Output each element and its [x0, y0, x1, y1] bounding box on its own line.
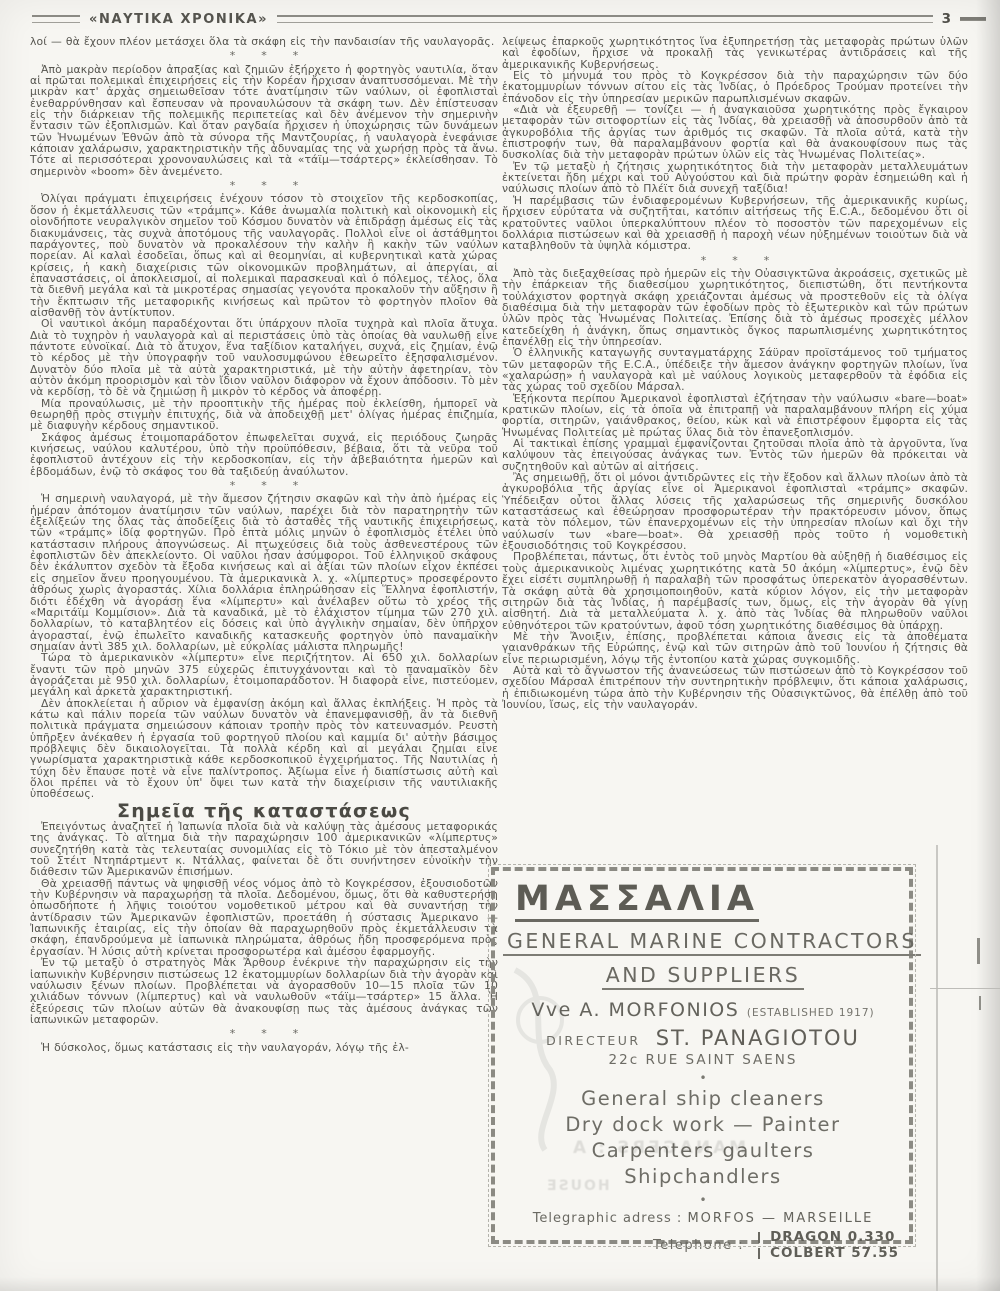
scan-artifact — [936, 845, 938, 1291]
paragraph: λείψεως ἐπαρκοῦς χωρητικότητος ἵνα ἐξυπη… — [502, 36, 968, 70]
bullet-icon: • — [503, 1193, 903, 1207]
paragraph: Ἀπὸ τὰς διεξαχθείσας πρὸ ἡμερῶν εἰς τὴν … — [502, 268, 968, 347]
paragraph: Τώρα τὸ ἀμερικανικὸν «λίμπερτυ» εἶνε περ… — [30, 652, 498, 697]
scan-artifact — [977, 938, 980, 964]
left-column: λοί — θὰ ἔχουν πλέον μετάσχει ὅλα τὰ σκά… — [30, 36, 498, 1053]
paragraph: Ἀπὸ μακρὰν περίοδον ἀπραξίας καὶ ζημιῶν … — [30, 64, 498, 177]
show-through-image — [495, 950, 595, 1160]
ad-title: ΜΑΣΣΑΛΙΑ — [515, 880, 759, 922]
paragraph: Οἱ ναυτικοὶ ἀκόμη παραδέχονται ὅτι ὑπάρχ… — [30, 318, 498, 397]
page-header: «ΝΑΥΤΙΚΑ ΧΡΟΝΙΚΑ» 3 — [32, 11, 986, 27]
star-separator: * * * — [30, 50, 498, 61]
ad-telegraphic-label: Telegraphic adress : — [533, 1211, 683, 1226]
scan-artifact — [930, 988, 1000, 989]
show-through-text: MANAGERS : A — [570, 1138, 746, 1158]
paragraph: Θὰ χρειασθῇ πάντως νὰ ψηφισθῇ νέος νόμος… — [30, 878, 498, 957]
paragraph: Ὁ ἑλληνικῆς καταγωγῆς συνταγματάρχης Σάϋ… — [502, 347, 968, 392]
page: «ΝΑΥΤΙΚΑ ΧΡΟΝΙΚΑ» 3 λοί — θὰ ἔχουν πλέον… — [0, 0, 1000, 1291]
paragraph: Προβλέπεται, πάντως, ὅτι ἐντὸς τοῦ μηνὸς… — [502, 551, 968, 630]
ad-phone-number: DRAGON 0.330 — [770, 1229, 895, 1245]
brace-mark — [758, 1232, 760, 1243]
paragraph: Ἐν τῷ μεταξὺ ἡ ζήτησις χωρητικότητος διὰ… — [502, 161, 968, 195]
paragraph: «Διὰ νὰ ἐξευρεθῇ — τονίζει — ἡ ἀναγκαιοῦ… — [502, 104, 968, 161]
ad-telephone-label: Telephone : — [653, 1238, 744, 1253]
header-rule-main — [277, 15, 932, 23]
paragraph: Ἡ σημερινὴ ναυλαγορά, μὲ τὴν ἄμεσον ζήτη… — [30, 493, 498, 652]
star-separator: * * * — [30, 180, 498, 191]
paragraph: Ἡ παρέμβασις τῶν ἐνδιαφερομένων Κυβερνήσ… — [502, 195, 968, 252]
scan-artifact — [979, 996, 981, 1010]
scan-edge — [0, 1277, 1000, 1291]
brace-mark — [758, 1248, 760, 1259]
paragraph: Δὲν ἀποκλείεται ἡ αὔριον νὰ ἐμφανίσῃ ἀκό… — [30, 698, 498, 800]
section-heading: Σημεῖα τῆς καταστάσεως — [30, 806, 498, 817]
ad-subtitle-2: AND SUPPLIERS — [602, 963, 805, 990]
paragraph: Αἱ τακτικαὶ ἐπίσης γραμμαὶ ἐμφανίζονται … — [502, 438, 968, 472]
paragraph: Αὐτὰ καὶ τὸ ἄγνωστον τῆς ἀνανεώσεως τῶν … — [502, 665, 968, 710]
star-separator: * * * — [30, 1028, 498, 1039]
star-separator: * * * — [30, 480, 498, 491]
right-column: λείψεως ἐπαρκοῦς χωρητικότητος ἵνα ἐξυπη… — [502, 36, 968, 710]
star-separator: * * * — [502, 255, 968, 266]
ad-telegraphic-value: MORFOS — MARSEILLE — [687, 1211, 873, 1226]
masthead-title: «ΝΑΥΤΙΚΑ ΧΡΟΝΙΚΑ» — [89, 12, 268, 27]
paragraph: Εἰς τὸ μήνυμά του πρὸς τὸ Κογκρέσσον διὰ… — [502, 70, 968, 104]
page-number: 3 — [942, 11, 951, 27]
paragraph: Ἑξήκοντα περίπου Ἀμερικανοὶ ἐφοπλισταὶ ἐ… — [502, 393, 968, 438]
show-through-text: HOUSE — [545, 1178, 610, 1194]
paragraph: Ἂς σημειωθῇ, ὅτι οἱ μόνοι ἀντιδρῶντες εἰ… — [502, 472, 968, 551]
header-rule-left — [32, 15, 80, 23]
scan-edge — [976, 0, 1000, 1291]
ad-established: (ESTABLISHED 1917) — [747, 1007, 875, 1019]
ad-phone-number: COLBERT 57.55 — [770, 1245, 899, 1261]
paragraph: Σκάφος ἀμέσως ἑτοιμοπαράδοτον ἐπωφελεῖτα… — [30, 432, 498, 477]
paragraph: Ὀλίγαι πράγματι ἐπιχειρήσεις ἐνέχουν τόσ… — [30, 193, 498, 318]
paragraph: Ἐπειγόντως ἀναζητεῖ ἡ Ἰαπωνία πλοῖα διὰ … — [30, 821, 498, 878]
ad-director-name: ST. PANAGIOTOU — [656, 1026, 860, 1050]
paragraph: λοί — θὰ ἔχουν πλέον μετάσχει ὅλα τὰ σκά… — [30, 36, 498, 47]
paragraph: Ἡ δύσκολος, ὅμως κατάστασις εἰς τὴν ναυλ… — [30, 1042, 498, 1053]
paragraph: Ἐν τῷ μεταξὺ ὁ στρατηγὸς Μὰκ Ἄρθουρ ἐνέκ… — [30, 957, 498, 1025]
paragraph: Μὲ τὴν Ἄνοιξιν, ἐπίσης, προβλέπεται κάπο… — [502, 631, 968, 665]
paragraph: Μία προναύλωσις, μὲ τὴν προοπτικὴν τῆς ἡ… — [30, 398, 498, 432]
